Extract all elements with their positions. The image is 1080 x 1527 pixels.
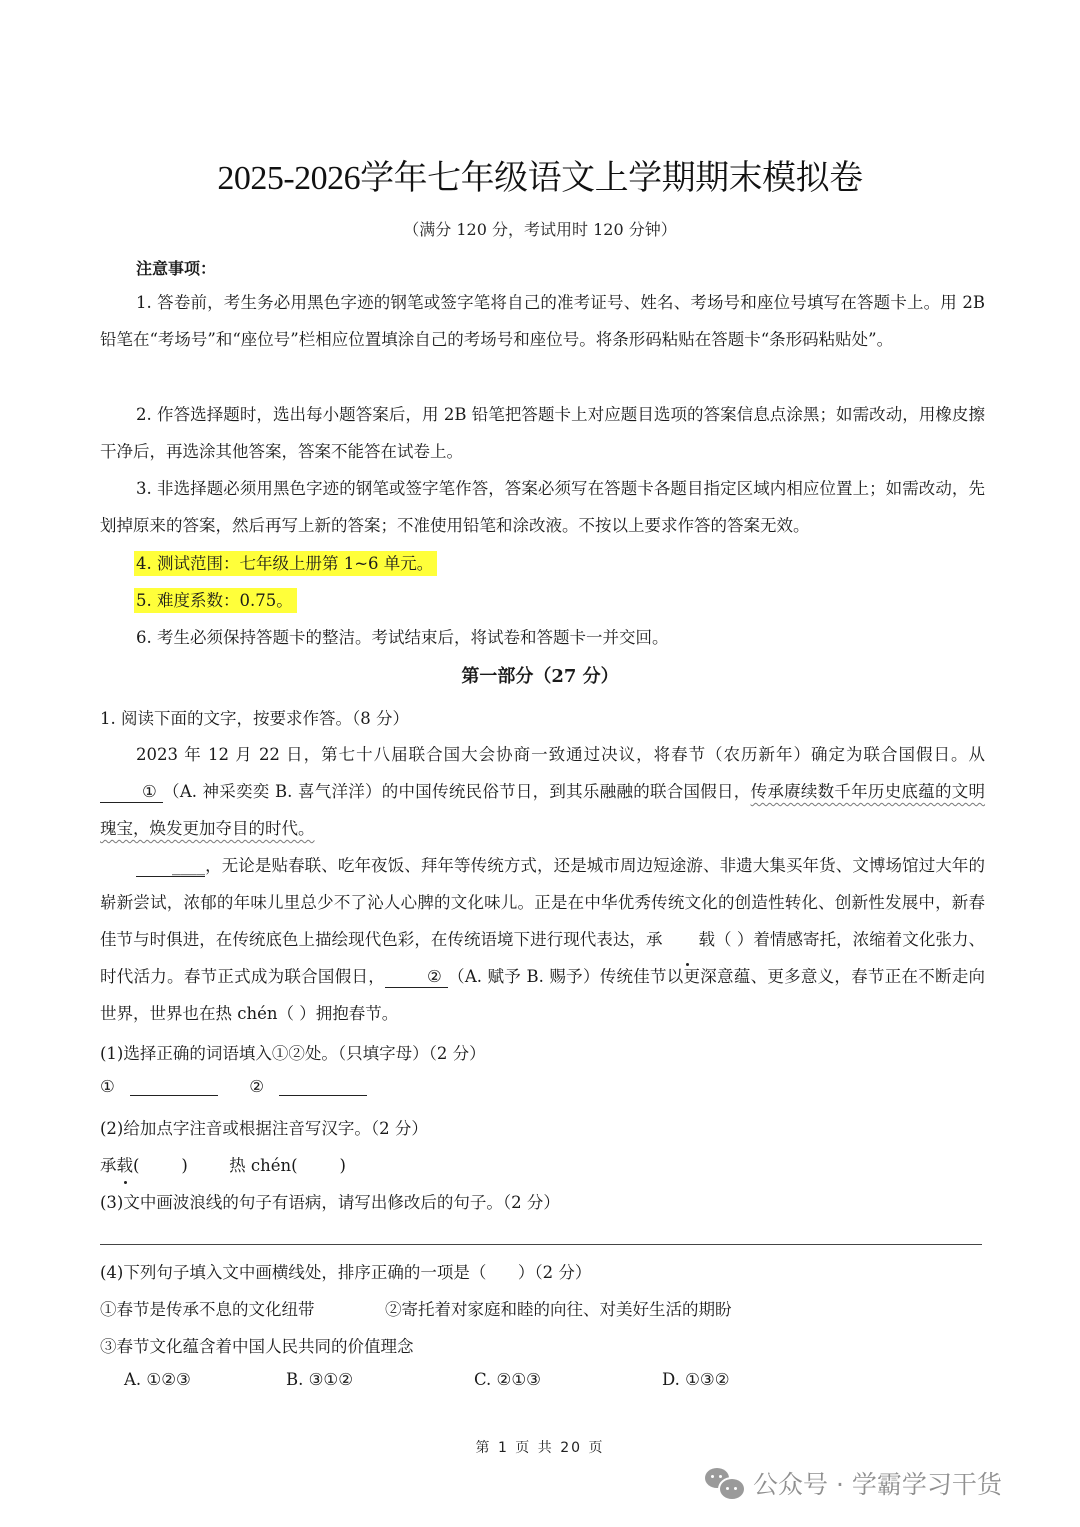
blank-2: ② (385, 967, 448, 988)
answer-rule-line[interactable] (100, 1244, 982, 1245)
watermark: 公众号 · 学霸学习干货 (705, 1465, 1002, 1501)
answer-field-1[interactable] (130, 1077, 218, 1096)
pinyin-answer-paren-1[interactable]: ( ) (133, 1156, 188, 1175)
option-b[interactable]: B. ③①② (286, 1370, 353, 1389)
notice-item-6: 6. 考生必须保持答题卡的整洁。考试结束后，将试卷和答题卡一并交回。 (100, 619, 985, 656)
notice-item-2: 2. 作答选择题时，选出每小题答案后，用 2B 铅笔把答题卡上对应题目选项的答案… (100, 396, 985, 470)
blank-1: ① (100, 782, 163, 803)
fill-blank-line: ____ (136, 856, 205, 877)
question-1-prompt: 1. 阅读下面的文字，按要求作答。（8 分） (100, 700, 985, 737)
page-number: 第 1 页 共 20 页 (0, 1437, 1080, 1457)
passage-text: （A. 神采奕奕 B. 喜气洋洋）的中国传统民俗节日，到其乐融融的联合国假日， (163, 782, 751, 801)
sub-question-1: (1)选择正确的词语填入①②处。（只填字母）（2 分） (100, 1040, 486, 1064)
exam-title: 2025-2026学年七年级语文上学期期末模拟卷 (0, 150, 1080, 199)
sentence-2: ②寄托着对家庭和睦的向往、对美好生活的期盼 (385, 1296, 732, 1320)
notice-item-4: 4. 测试范围：七年级上册第 1~6 单元。 (136, 545, 437, 582)
notice-item-3: 3. 非选择题必须用黑色字迹的钢笔或签字笔作答，答案必须写在答题卡各题目指定区域… (100, 470, 985, 544)
sentence-1: ①春节是传承不息的文化纽带 (100, 1296, 315, 1320)
wechat-icon (705, 1466, 745, 1500)
notice-item-5: 5. 难度系数：0.75。 (136, 582, 297, 619)
exam-subtitle: （满分 120 分，考试用时 120 分钟） (0, 217, 1080, 240)
sub-question-2-items: 承载( ) 热 chén( ) (100, 1152, 346, 1176)
highlighted-notice-4: 4. 测试范围：七年级上册第 1~6 单元。 (134, 551, 437, 576)
passage-paragraph-2: ____，无论是贴春联、吃年夜饭、拜年等传统方式，还是城市周边短途游、非遗大集买… (100, 847, 985, 1032)
answer-field-2[interactable] (279, 1077, 367, 1096)
answer-label-1: ① (100, 1077, 115, 1096)
sub-question-1-answers: ① ② (100, 1077, 367, 1096)
answer-label-2: ② (249, 1077, 264, 1096)
sentence-3: ③春节文化蕴含着中国人民共同的价值理念 (100, 1333, 414, 1357)
sub-question-4: (4)下列句子填入文中画横线处，排序正确的一项是（ ）（2 分） (100, 1259, 591, 1283)
passage-text: 2023 年 12 月 22 日，第七十八届联合国大会协商一致通过决议，将春节（… (136, 745, 985, 764)
dotted-character: 载 (663, 921, 716, 958)
dotted-character: 载 (117, 1152, 134, 1176)
sub-question-3: (3)文中画波浪线的句子有语病，请写出修改后的句子。（2 分） (100, 1189, 560, 1213)
section-heading: 第一部分（27 分） (0, 662, 1080, 688)
pinyin-item-2[interactable]: 热 chén( ) (229, 1156, 346, 1175)
notice-item-1: 1. 答卷前，考生务必用黑色字迹的钢笔或签字笔将自己的准考证号、姓名、考场号和座… (100, 284, 985, 358)
passage-paragraph-1: 2023 年 12 月 22 日，第七十八届联合国大会协商一致通过决议，将春节（… (100, 736, 985, 847)
option-a[interactable]: A. ①②③ (124, 1370, 191, 1389)
option-d[interactable]: D. ①③② (662, 1370, 730, 1389)
highlighted-notice-5: 5. 难度系数：0.75。 (134, 588, 297, 613)
watermark-text: 公众号 · 学霸学习干货 (753, 1465, 1002, 1501)
pinyin-item-1-prefix: 承 (100, 1156, 117, 1175)
option-c[interactable]: C. ②①③ (474, 1370, 541, 1389)
sub-question-2: (2)给加点字注音或根据注音写汉字。（2 分） (100, 1115, 428, 1139)
notice-heading: 注意事项： (136, 256, 216, 279)
